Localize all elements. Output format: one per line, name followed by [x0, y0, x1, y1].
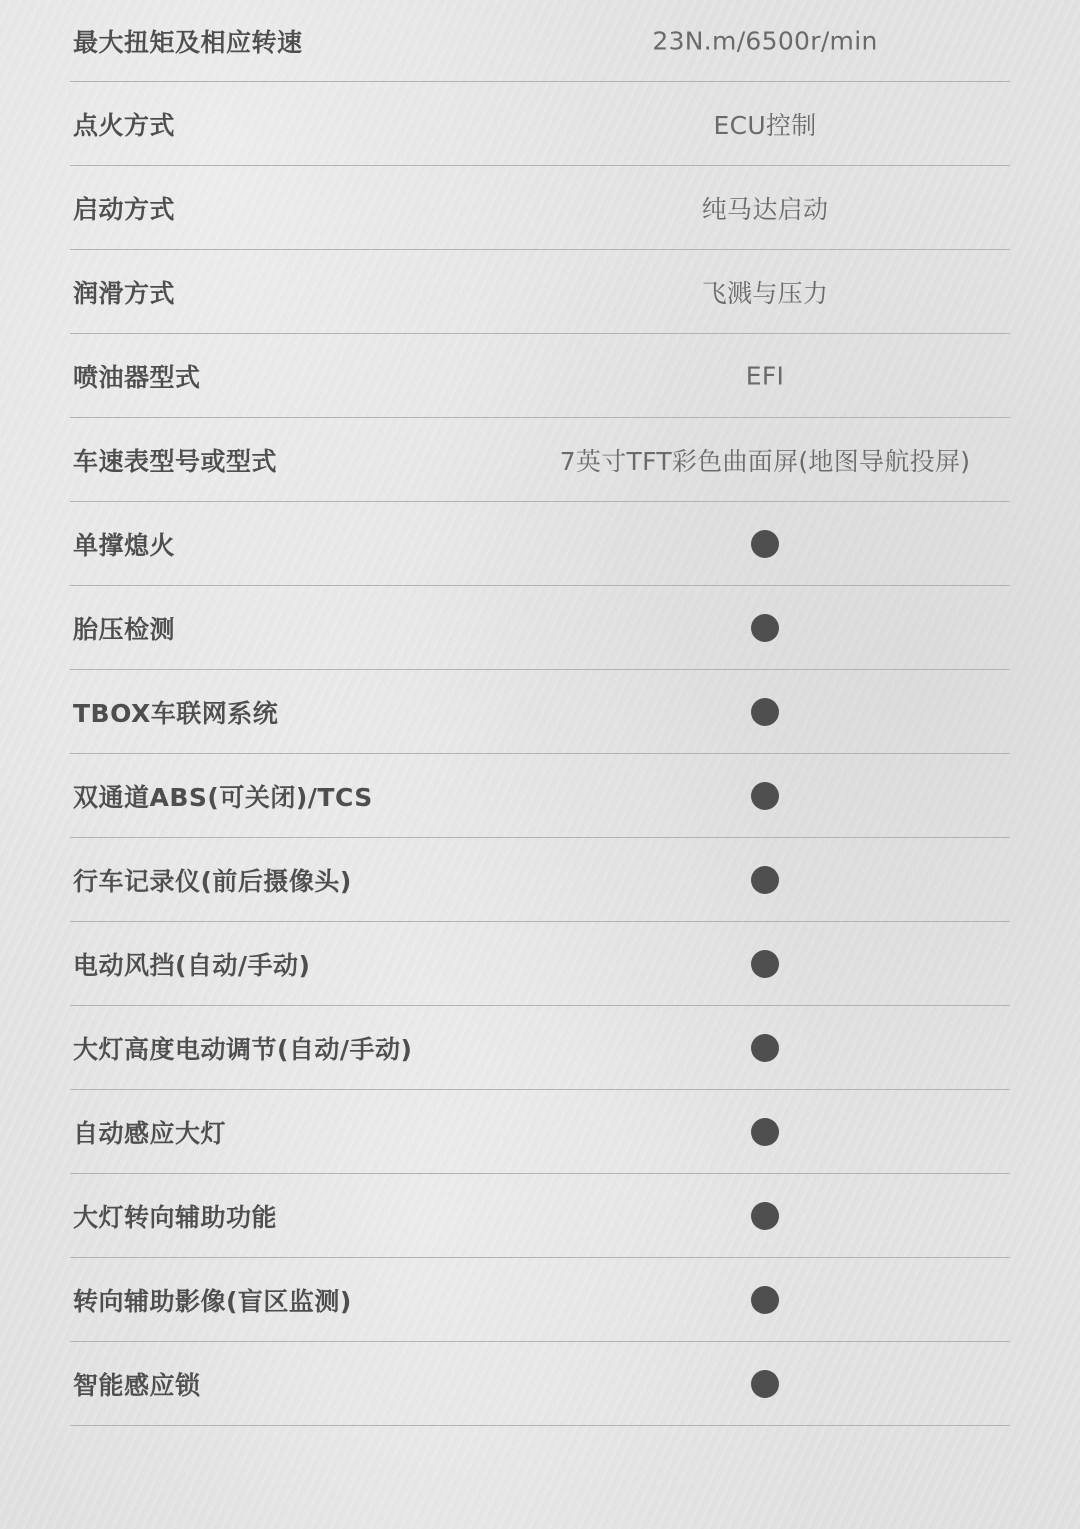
spec-row-smart-lock: 智能感应锁: [70, 1342, 1010, 1426]
spec-row-start: 启动方式 纯马达启动: [70, 166, 1010, 250]
spec-value: 飞溅与压力: [702, 274, 829, 310]
spec-row-ignition: 点火方式 ECU控制: [70, 82, 1010, 166]
spec-table: 最大扭矩及相应转速 23N.m/6500r/min 点火方式 ECU控制 启动方…: [70, 0, 1010, 1426]
spec-row-auto-headlight: 自动感应大灯: [70, 1090, 1010, 1174]
filled-circle-icon: [751, 1286, 779, 1314]
filled-circle-icon: [751, 1370, 779, 1398]
spec-label: 喷油器型式: [73, 358, 201, 394]
spec-row-abs-tcs: 双通道ABS(可关闭)/TCS: [70, 754, 1010, 838]
spec-label: 大灯高度电动调节(自动/手动): [73, 1030, 412, 1066]
filled-circle-icon: [751, 950, 779, 978]
spec-label: 电动风挡(自动/手动): [73, 946, 310, 982]
spec-row-electric-windshield: 电动风挡(自动/手动): [70, 922, 1010, 1006]
spec-row-tpms: 胎压检测: [70, 586, 1010, 670]
spec-label: 单撑熄火: [73, 526, 175, 562]
spec-label: 行车记录仪(前后摄像头): [73, 862, 352, 898]
spec-row-dashcam: 行车记录仪(前后摄像头): [70, 838, 1010, 922]
filled-circle-icon: [751, 614, 779, 642]
spec-row-cornering-light: 大灯转向辅助功能: [70, 1174, 1010, 1258]
spec-label: 双通道ABS(可关闭)/TCS: [73, 778, 373, 814]
filled-circle-icon: [751, 1034, 779, 1062]
spec-label: 启动方式: [73, 190, 175, 226]
filled-circle-icon: [751, 782, 779, 810]
spec-label: TBOX车联网系统: [73, 694, 278, 730]
spec-value: 23N.m/6500r/min: [652, 26, 877, 55]
spec-row-speedometer: 车速表型号或型式 7英寸TFT彩色曲面屏(地图导航投屏): [70, 418, 1010, 502]
spec-value: 纯马达启动: [702, 190, 829, 226]
spec-label: 大灯转向辅助功能: [73, 1198, 277, 1234]
spec-row-injector: 喷油器型式 EFI: [70, 334, 1010, 418]
spec-label: 自动感应大灯: [73, 1114, 226, 1150]
spec-label: 最大扭矩及相应转速: [73, 23, 303, 59]
spec-row-max-torque: 最大扭矩及相应转速 23N.m/6500r/min: [70, 0, 1010, 82]
spec-row-sidestand-cutoff: 单撑熄火: [70, 502, 1010, 586]
filled-circle-icon: [751, 530, 779, 558]
spec-label: 胎压检测: [73, 610, 175, 646]
spec-row-headlight-leveling: 大灯高度电动调节(自动/手动): [70, 1006, 1010, 1090]
spec-label: 车速表型号或型式: [73, 442, 277, 478]
spec-label: 智能感应锁: [73, 1366, 201, 1402]
spec-row-tbox: TBOX车联网系统: [70, 670, 1010, 754]
spec-label: 转向辅助影像(盲区监测): [73, 1282, 352, 1318]
filled-circle-icon: [751, 698, 779, 726]
spec-row-lubrication: 润滑方式 飞溅与压力: [70, 250, 1010, 334]
spec-value: 7英寸TFT彩色曲面屏(地图导航投屏): [560, 442, 971, 478]
spec-label: 润滑方式: [73, 274, 175, 310]
filled-circle-icon: [751, 866, 779, 894]
spec-value: ECU控制: [713, 106, 816, 142]
spec-row-blind-spot: 转向辅助影像(盲区监测): [70, 1258, 1010, 1342]
spec-value: EFI: [746, 361, 784, 390]
filled-circle-icon: [751, 1202, 779, 1230]
filled-circle-icon: [751, 1118, 779, 1146]
spec-label: 点火方式: [73, 106, 175, 142]
